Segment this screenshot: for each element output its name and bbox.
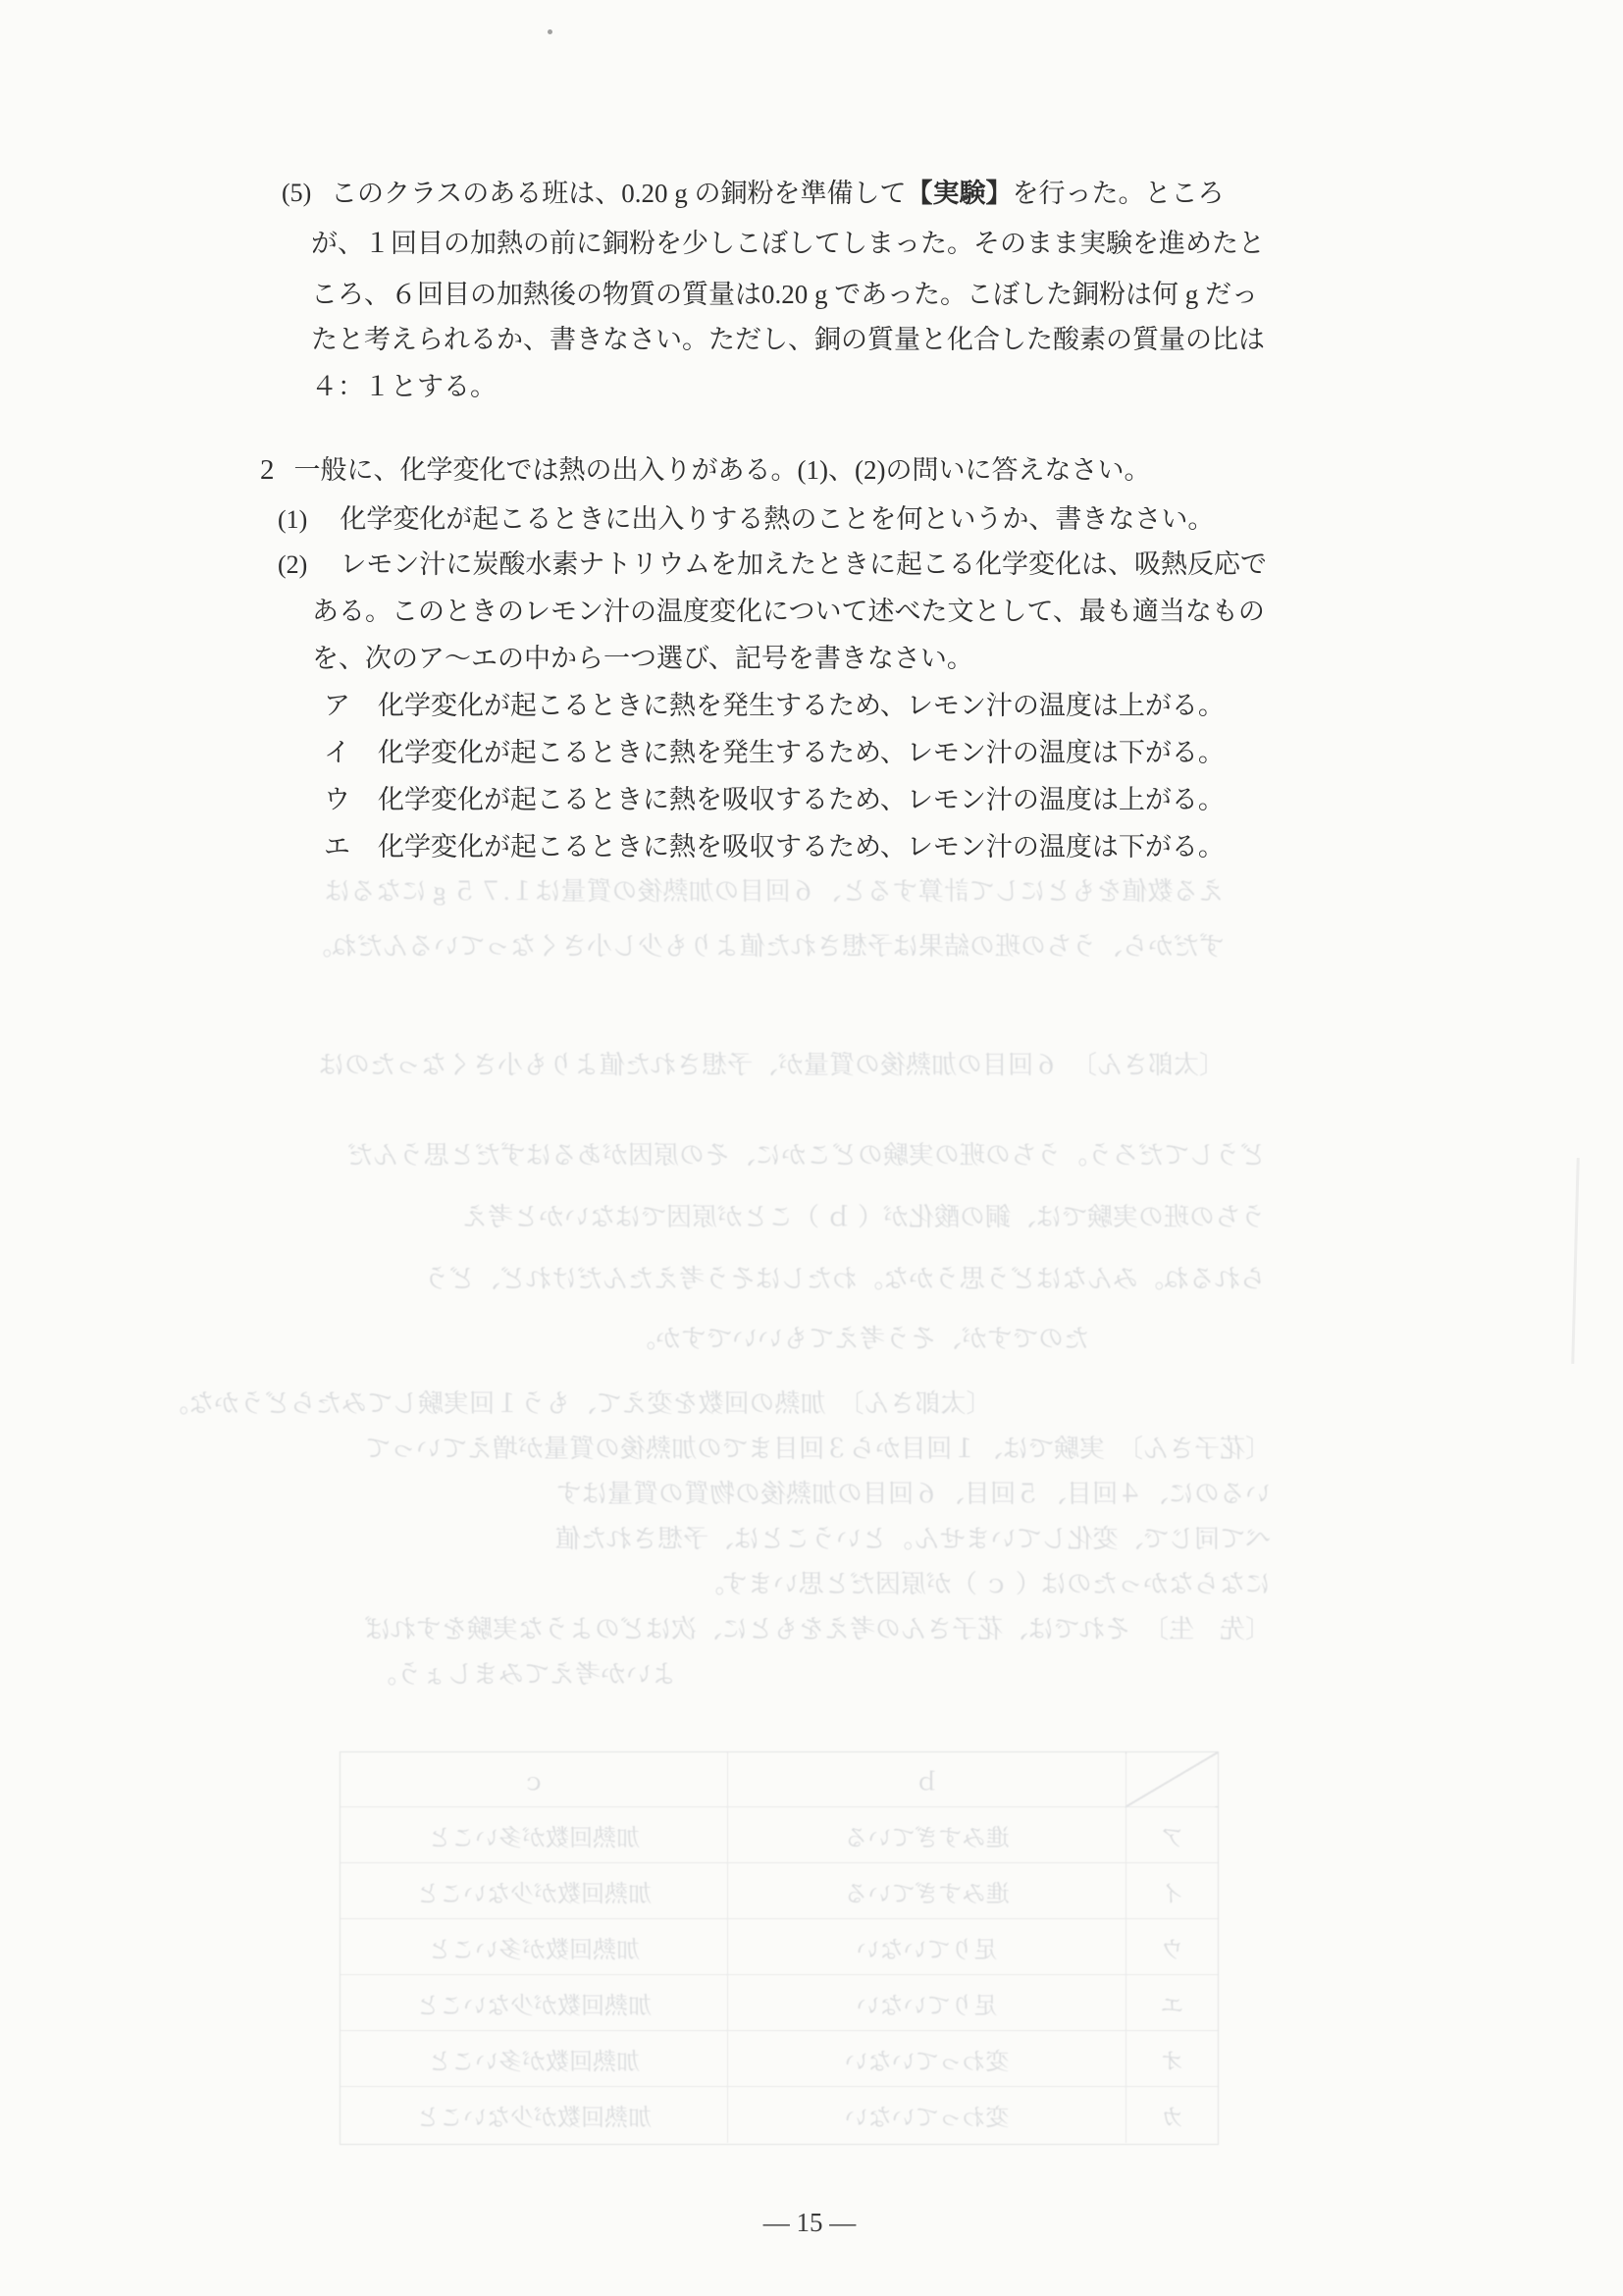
bleedthrough-line: ずだから、うちの班の結果は予想された値よりも少し小さくなっているんだね。 <box>306 934 1225 960</box>
bleedthrough-table-corner-cell <box>1126 1752 1218 1807</box>
option-i-text: 化学変化が起こるときに熱を発生するため、レモン汁の温度は下がる。 <box>378 740 1225 766</box>
q5-line-1-pre: このクラスのある班は、0.20 g の銅粉を準備して <box>331 179 906 208</box>
bleedthrough-line: える数値をもとにして計算すると、６回目の加熱後の質量は１.７５ g になるは <box>325 879 1225 905</box>
q5-line-1-post: を行った。ところ <box>1012 179 1224 208</box>
bleedthrough-table-cell: 変わっていない <box>727 2087 1126 2143</box>
sub1-label: (1) <box>278 505 307 534</box>
sub-question-2: (2)レモン汁に炭酸水素ナトリウムを加えたときに起こる化学変化は、吸熱反応で <box>278 551 1267 578</box>
bleedthrough-line: いるのに、４回目、５回目、６回目の加熱後の物質の質量はす <box>556 1482 1271 1507</box>
bleedthrough-table-cell: 変わっていない <box>727 2031 1126 2087</box>
bleedthrough-table-cell: 加熱回数が少ないこと <box>340 1975 727 2031</box>
sub1-text: 化学変化が起こるときに出入りする熱のことを何というか、書きなさい。 <box>340 506 1214 533</box>
sub2-line-1: レモン汁に炭酸水素ナトリウムを加えたときに起こる化学変化は、吸熱反応で <box>340 551 1267 578</box>
bleedthrough-table-cell: ア <box>1126 1807 1218 1863</box>
option-e-label: エ <box>324 834 350 861</box>
bleedthrough-line: られるね。みんなはどう思うかな。わたしはそう考えたんだけれど、どう <box>424 1267 1266 1292</box>
exam-page: (5) このクラスのある班は、0.20 g の銅粉を準備して【実験】を行った。と… <box>0 0 1623 2296</box>
option-a-label: ア <box>324 693 350 719</box>
sub2-label: (2) <box>278 550 307 579</box>
q2-number: 2 <box>260 454 275 486</box>
bleedthrough-line: 〔先 生〕 それでは、花子さんの考えをもとに、次はどのような実験をすれば <box>365 1617 1271 1643</box>
bleedthrough-line: 〔太郎さん〕 ６回目の加熱後の質量が、予想された値よりも小さくなったのは <box>319 1053 1225 1078</box>
q5-line-4: たと考えられるか、書きなさい。ただし、銅の質量と化合した酸素の質量の比は <box>311 327 1265 353</box>
option-u: ウ化学変化が起こるときに熱を吸収するため、レモン汁の温度は上がる。 <box>324 787 1225 813</box>
bleedthrough-line: 〔花子さん〕 実験では、１回目から３回目までの加熱後の質量が増えていって <box>365 1436 1271 1462</box>
option-e-text: 化学変化が起こるときに熱を吸収するため、レモン汁の温度は下がる。 <box>378 834 1225 861</box>
bleedthrough-table-cell: 足りていない <box>727 1975 1126 2031</box>
bleedthrough-table-cell: オ <box>1126 2031 1218 2087</box>
q2-heading: 2一般に、化学変化では熱の出入りがある。(1)、(2)の問いに答えなさい。 <box>260 456 1150 485</box>
bleedthrough-line: たのですが、そう考えてもいいですか。 <box>630 1327 1089 1352</box>
option-u-text: 化学変化が起こるときに熱を吸収するため、レモン汁の温度は上がる。 <box>378 787 1225 813</box>
sub-question-1: (1)化学変化が起こるときに出入りする熱のことを何というか、書きなさい。 <box>278 506 1214 533</box>
q5-line-5: ４：１とする。 <box>311 374 497 400</box>
scan-speck <box>548 29 552 34</box>
q5-experiment-label: 【実験】 <box>906 179 1012 208</box>
page-number: — 15 — <box>721 2208 898 2238</box>
scan-streak <box>1571 1158 1579 1364</box>
bleedthrough-line: 〔太郎さん〕 加熱の回数を変えて、もう１回実験してみたらどうかな。 <box>163 1391 991 1417</box>
option-u-label: ウ <box>324 787 350 813</box>
bleedthrough-table-cell: 進みすぎている <box>727 1863 1126 1919</box>
bleedthrough-table: ｂ ｃ ア 進みすぎている 加熱回数が多いこと イ 進みすぎている 加熱回数が少… <box>340 1751 1219 2145</box>
option-e: エ化学変化が起こるときに熱を吸収するため、レモン汁の温度は下がる。 <box>324 834 1225 861</box>
bleedthrough-line: うちの班の実験では、銅の酸化が（ ｂ ）ことが原因ではないかと考え <box>462 1205 1266 1230</box>
bleedthrough-line: にならなかったのは（ ｃ ）が原因だと思います。 <box>699 1572 1271 1597</box>
bleedthrough-line: どうしてだろう。うちの班の実験のどこかに、その原因があるはずだと思うんだ <box>347 1143 1266 1169</box>
q5-line-2: が、１回目の加熱の前に銅粉を少しこぼしてしまった。そのまま実験を進めたと <box>311 231 1265 257</box>
bleedthrough-table-header-c: ｃ <box>340 1752 727 1807</box>
bleedthrough-table-cell: 加熱回数が多いこと <box>340 1807 727 1863</box>
q5-label: (5) <box>282 181 311 206</box>
bleedthrough-table-cell: エ <box>1126 1975 1218 2031</box>
bleedthrough-table-cell: ウ <box>1126 1919 1218 1975</box>
sub2-line-2: ある。このときのレモン汁の温度変化について述べた文として、最も適当なもの <box>312 599 1265 625</box>
q5-line-1: このクラスのある班は、0.20 g の銅粉を準備して【実験】を行った。ところ <box>331 181 1224 207</box>
bleedthrough-table-cell: 加熱回数が多いこと <box>340 2031 727 2087</box>
option-i-label: イ <box>324 740 350 766</box>
option-a: ア化学変化が起こるときに熱を発生するため、レモン汁の温度は上がる。 <box>324 693 1225 719</box>
sub2-line-3: を、次のア～エの中から一つ選び、記号を書きなさい。 <box>312 646 973 672</box>
bleedthrough-table-header-b: ｂ <box>727 1752 1126 1807</box>
bleedthrough-table-cell: 加熱回数が少ないこと <box>340 2087 727 2143</box>
bleedthrough-line: よいか考えてみましょう。 <box>371 1662 677 1688</box>
option-i: イ化学変化が起こるときに熱を発生するため、レモン汁の温度は下がる。 <box>324 740 1225 766</box>
bleedthrough-line: べて同じで、変化していません。ということは、予想された値 <box>555 1527 1271 1552</box>
bleedthrough-table-cell: カ <box>1126 2087 1218 2143</box>
q5-line-3: ころ、６回目の加熱後の物質の質量は0.20 g であった。こぼした銅粉は何 g … <box>311 282 1258 308</box>
bleedthrough-table-cell: 加熱回数が少ないこと <box>340 1863 727 1919</box>
bleedthrough-table-cell: 足りていない <box>727 1919 1126 1975</box>
q2-intro: 一般に、化学変化では熱の出入りがある。(1)、(2)の問いに答えなさい。 <box>294 457 1151 484</box>
bleedthrough-table-cell: イ <box>1126 1863 1218 1919</box>
bleedthrough-table-cell: 加熱回数が多いこと <box>340 1919 727 1975</box>
option-a-text: 化学変化が起こるときに熱を発生するため、レモン汁の温度は上がる。 <box>378 693 1225 719</box>
bleedthrough-table-cell: 進みすぎている <box>727 1807 1126 1863</box>
